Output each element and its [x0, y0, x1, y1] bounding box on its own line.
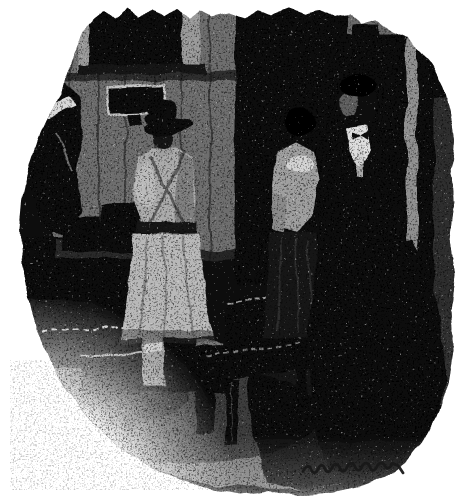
engraving-canvas: A dark engraved interior scene. A young … — [0, 0, 462, 503]
page: A dark engraved interior scene. A young … — [0, 0, 462, 503]
corner-stipple — [10, 360, 230, 490]
engraving-illustration: A dark engraved interior scene. A young … — [0, 0, 462, 503]
